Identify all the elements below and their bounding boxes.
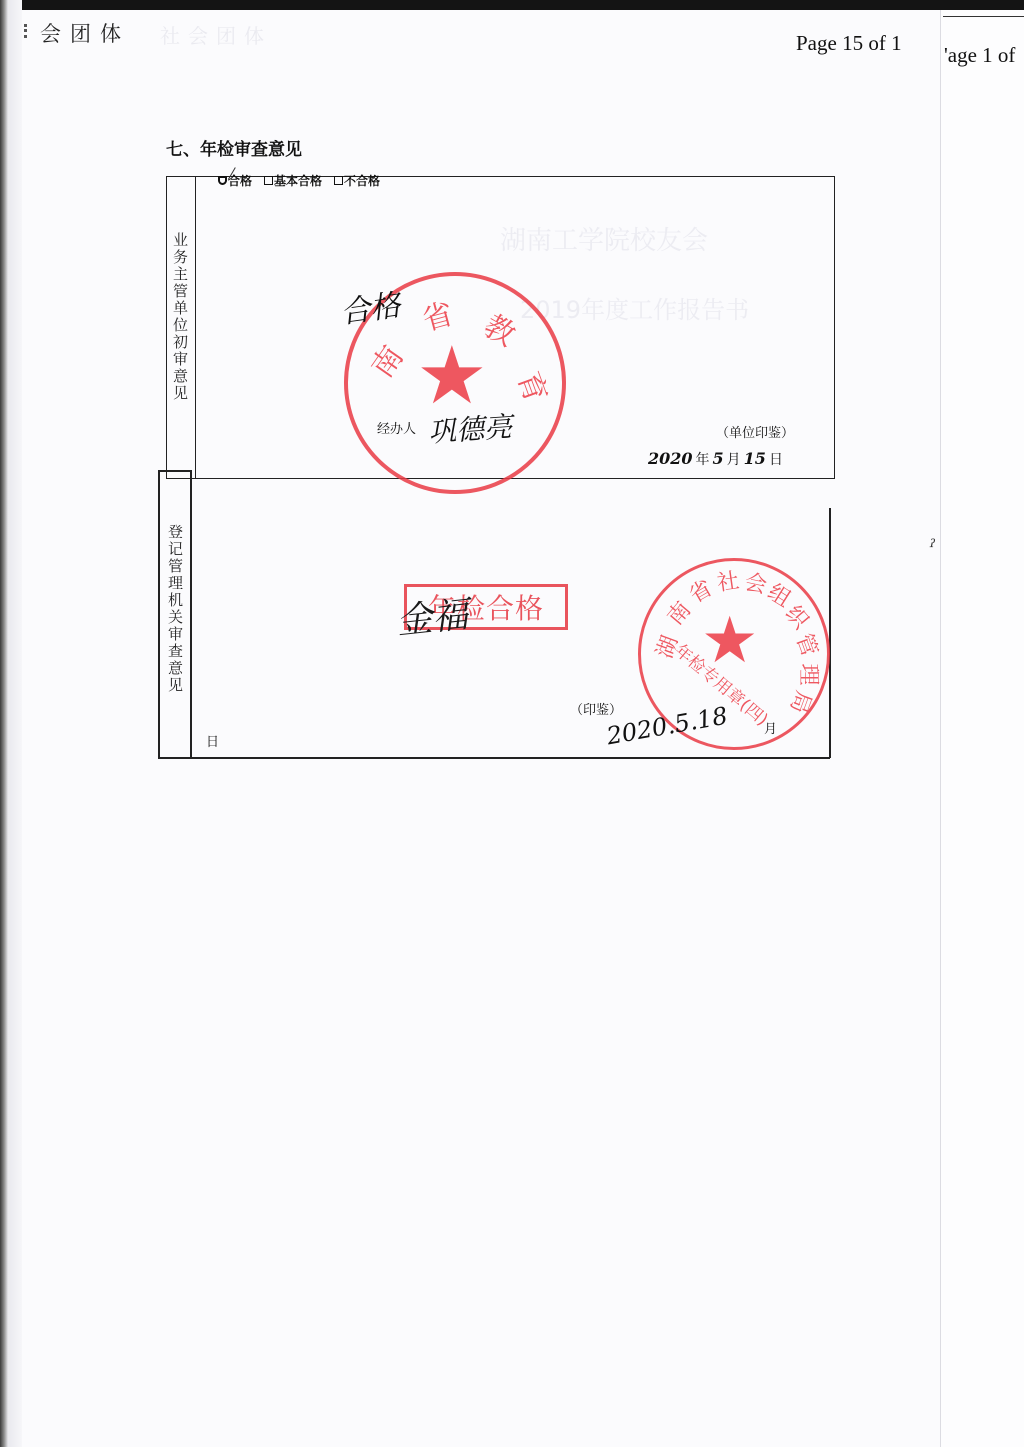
review-options: 合格 基本合格 不合格 [218,172,380,189]
page-number-back: 'age 1 of [944,43,1015,68]
registration-review-label: 登记管理机关审查意见 [165,524,186,694]
handler-label: 经办人 [377,418,416,437]
underlying-page-edge [940,10,1024,1447]
option-basic-pass[interactable]: 基本合格 [264,172,322,189]
table-border [158,470,190,472]
checkbox-icon[interactable] [334,176,343,185]
month-label: 月 [764,718,777,737]
option-pass[interactable]: 合格 [218,172,252,189]
option-fail[interactable]: 不合格 [334,172,380,189]
approver-signature: 金福 [394,586,471,644]
star-icon: ★ [416,336,488,416]
page-number: Page 15 of 1 [796,31,902,56]
supervisor-review-label: 业务主管单位初审意见 [170,232,191,402]
scan-left-edge [0,0,22,1447]
seal-label: （印鉴） [570,699,622,718]
handler-signature: 巩德亮 [427,405,514,451]
checkbox-icon[interactable] [264,176,273,185]
header-text: 会团体 [40,18,130,48]
table-border [158,757,830,759]
table-border [829,508,831,758]
checkbox-checked-icon[interactable] [218,176,227,185]
star-icon: ★ [701,609,758,673]
stray-mark: ˀ [930,535,936,559]
section-title: 七、年检审查意见 [166,135,302,160]
scan-top-edge [0,0,1024,10]
ghost-header-text: 社会团体 [160,20,272,49]
day-label: 日 [206,731,219,750]
unit-seal-label: （单位印鉴） [716,422,794,441]
supervisor-date: 2020年 5月 15日 [648,449,783,469]
handwritten-opinion: 合格 [337,280,403,332]
table-border [158,470,160,758]
table-border [190,470,192,758]
